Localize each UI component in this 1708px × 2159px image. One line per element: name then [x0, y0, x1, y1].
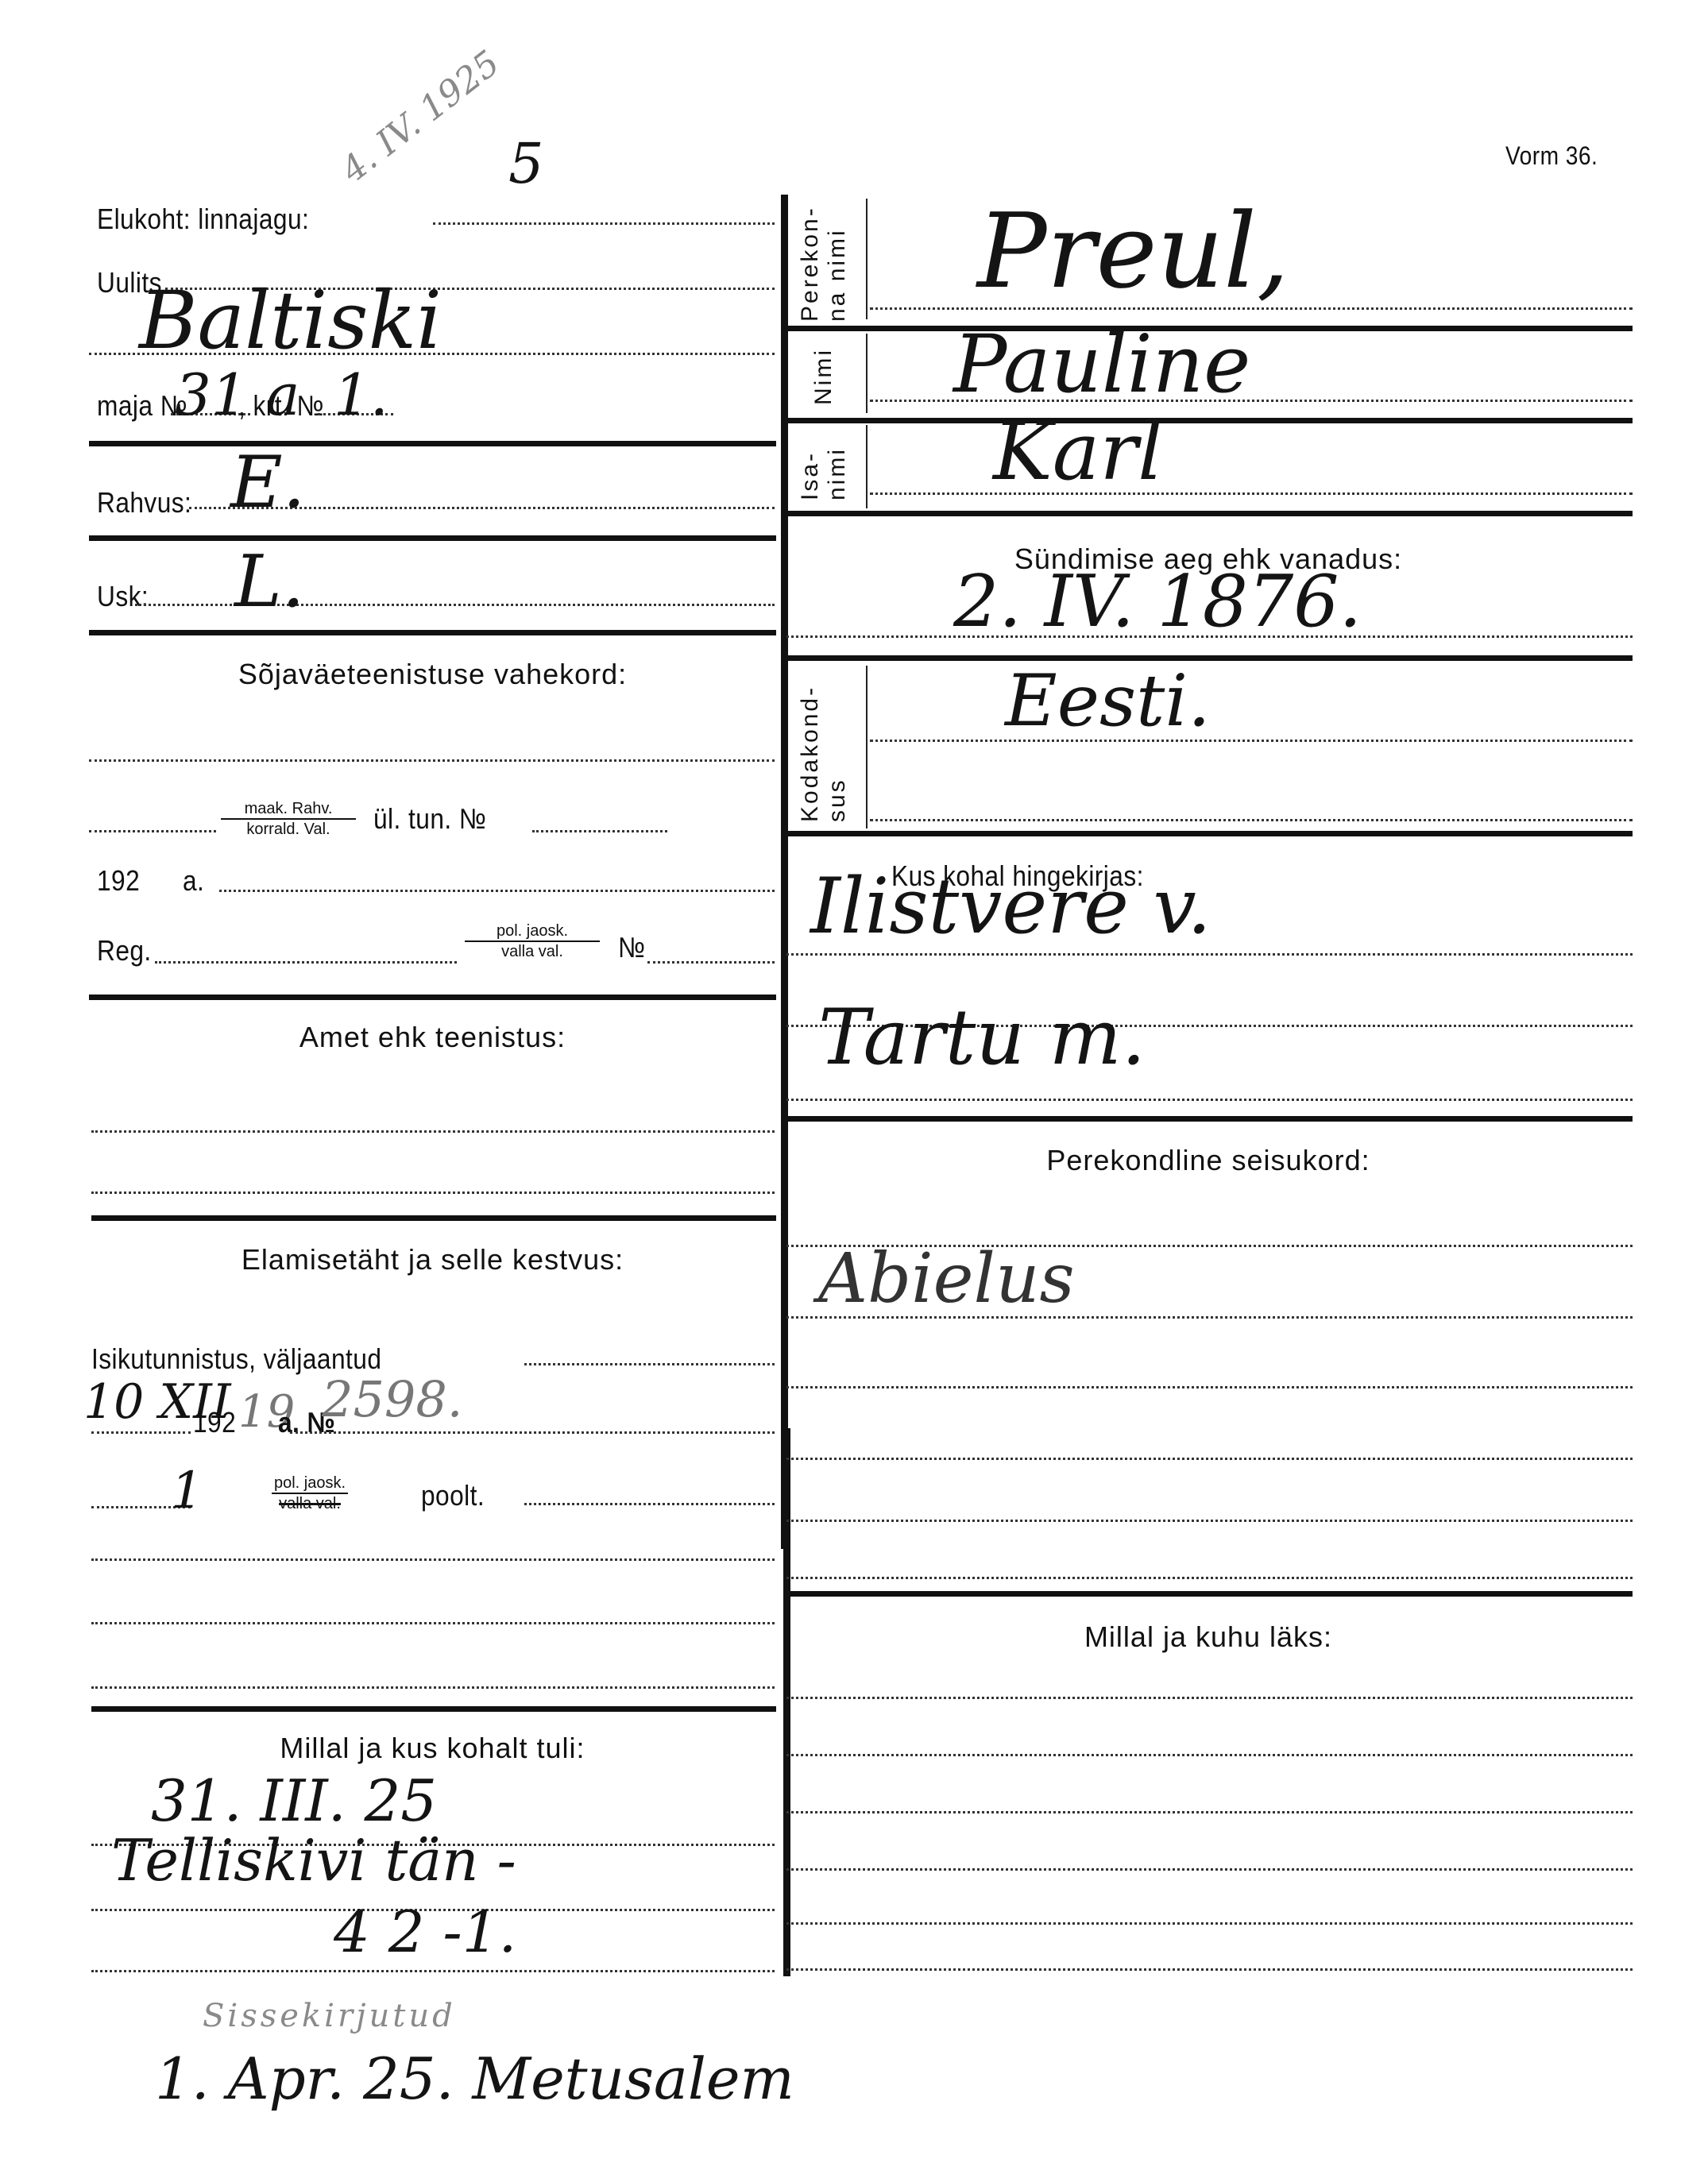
- arrival-title: Millal ja kus kohalt tuli:: [89, 1732, 776, 1765]
- surname-value: Preul,: [977, 191, 1289, 311]
- id-number-line[interactable]: [290, 1431, 775, 1434]
- divider: [89, 995, 776, 1000]
- permit-line-2[interactable]: [91, 1622, 775, 1624]
- label-divider: [866, 666, 868, 828]
- marital-line-6[interactable]: [786, 1577, 1633, 1579]
- military-line-3[interactable]: [219, 890, 775, 892]
- citizenship-label: Kodakond- sus: [797, 686, 851, 822]
- departure-line-1[interactable]: [786, 1697, 1633, 1699]
- departure-title: Millal ja kuhu läks:: [784, 1620, 1633, 1654]
- issuer-line[interactable]: [524, 1503, 775, 1505]
- parish-value: Ilistvere v.: [810, 862, 1211, 951]
- reg-line[interactable]: [155, 961, 457, 964]
- fraction-bottom-struck: valla val.: [272, 1494, 348, 1513]
- fraction-county: maak. Rahv. korrald. Val.: [221, 799, 356, 839]
- father-name-label: Isa- nimi: [797, 447, 851, 500]
- district-value: 1: [171, 1462, 203, 1520]
- house-label: maja №: [97, 389, 187, 423]
- departure-line-5[interactable]: [786, 1922, 1633, 1925]
- divider: [784, 1116, 1633, 1122]
- nationality-value: E.: [230, 441, 305, 524]
- year-prefix: 192: [97, 864, 140, 898]
- marital-status-title: Perekondline seisukord:: [784, 1144, 1633, 1177]
- father-name-line[interactable]: [870, 492, 1633, 495]
- departure-line-3[interactable]: [786, 1811, 1633, 1813]
- divider: [89, 535, 776, 541]
- occupation-line-2[interactable]: [91, 1192, 775, 1194]
- military-line-2b[interactable]: [532, 830, 667, 832]
- fraction-bottom: korrald. Val.: [221, 820, 356, 839]
- birth-line[interactable]: [786, 635, 1633, 638]
- number-label: №: [618, 931, 645, 964]
- residence-permit-title: Elamisetäht ja selle kestvus:: [89, 1243, 776, 1276]
- citizenship-line-1[interactable]: [870, 740, 1633, 742]
- occupation-line-1[interactable]: [91, 1130, 775, 1133]
- label-divider: [866, 334, 868, 413]
- year-suffix: a.: [183, 864, 204, 898]
- marital-line-3[interactable]: [786, 1386, 1633, 1388]
- label-divider: [866, 425, 868, 508]
- divider: [89, 441, 776, 446]
- first-name-value: Pauline: [953, 318, 1250, 411]
- permit-line-3[interactable]: [91, 1686, 775, 1689]
- fraction-issuer: pol. jaosk. valla val.: [272, 1473, 348, 1513]
- divider: [91, 1215, 776, 1221]
- father-name-label-line1: Isa-: [797, 447, 824, 500]
- citizenship-label-line2: sus: [824, 686, 851, 822]
- surname-label-line1: Perekon-: [797, 206, 824, 322]
- apartment-value: 1.: [334, 361, 388, 428]
- permit-line-1[interactable]: [91, 1558, 775, 1561]
- parish-line-1[interactable]: [786, 953, 1633, 956]
- arrival-date: 31. III. 25: [151, 1767, 437, 1834]
- divider: [91, 1706, 776, 1712]
- birth-value: 2. IV. 1876.: [953, 560, 1362, 643]
- arrival-house: 4 2 -1.: [334, 1898, 516, 1965]
- marital-line-4[interactable]: [786, 1458, 1633, 1460]
- issued-by-label: poolt.: [421, 1479, 485, 1512]
- fraction-bottom: valla val.: [465, 942, 600, 961]
- first-name-label: Nimi: [810, 348, 837, 405]
- citizenship-line-2[interactable]: [870, 819, 1633, 821]
- divider: [89, 630, 776, 635]
- label-divider: [866, 199, 868, 319]
- fraction-top: pol. jaosk.: [272, 1473, 348, 1494]
- street-line-2[interactable]: [89, 353, 775, 355]
- military-title: Sõjaväeteenistuse vahekord:: [89, 658, 776, 691]
- center-divider-lower: [783, 1428, 790, 1976]
- occupation-title: Amet ehk teenistus:: [89, 1021, 776, 1054]
- reg-label: Reg.: [97, 934, 152, 967]
- fraction-police: pol. jaosk. valla val.: [465, 921, 600, 961]
- nationality-label: Rahvus:: [97, 486, 191, 519]
- fraction-top: pol. jaosk.: [465, 921, 600, 942]
- father-name-value: Karl: [993, 405, 1163, 498]
- footer-stamp: Sissekirjutud: [203, 1998, 456, 2034]
- stamp-number: 5: [508, 131, 544, 196]
- apartment-label: , krt. №: [238, 389, 324, 423]
- fraction-top: maak. Rahv.: [221, 799, 356, 820]
- departure-line-2[interactable]: [786, 1754, 1633, 1756]
- divider: [784, 511, 1633, 516]
- arrival-place: Telliskivi tän -: [111, 1827, 516, 1894]
- religion-line[interactable]: [135, 604, 775, 606]
- citizenship-value: Eesti.: [1005, 659, 1211, 743]
- parish-line-3[interactable]: [786, 1099, 1633, 1101]
- center-divider: [781, 195, 788, 1549]
- number-line[interactable]: [647, 961, 775, 964]
- registration-stamp: 4. IV. 1925: [334, 43, 507, 191]
- conscription-label: ül. tun. №: [373, 802, 486, 836]
- arrival-line-3[interactable]: [91, 1970, 775, 1972]
- marital-line-5[interactable]: [786, 1520, 1633, 1522]
- id-number-value: 2598.: [322, 1370, 463, 1428]
- surname-label: Perekon- na nimi: [797, 206, 851, 322]
- father-name-label-line2: nimi: [824, 447, 851, 500]
- residence-label: Elukoht: linnajagu:: [97, 203, 309, 236]
- divider: [784, 1591, 1633, 1597]
- form-number: Vorm 36.: [1505, 141, 1598, 171]
- id-issued-line[interactable]: [524, 1363, 775, 1365]
- id-date-line[interactable]: [91, 1431, 191, 1434]
- departure-line-4[interactable]: [786, 1868, 1633, 1871]
- military-line-2a[interactable]: [89, 830, 216, 832]
- religion-value: L.: [234, 540, 304, 624]
- military-line-1[interactable]: [89, 759, 775, 762]
- divider: [784, 831, 1633, 836]
- marital-line-2[interactable]: [786, 1316, 1633, 1319]
- marital-status-value: Abielus: [818, 1239, 1075, 1319]
- county-value: Tartu m.: [818, 993, 1146, 1082]
- footer-signature-note: 1. Apr. 25. Metusalem: [155, 2045, 794, 2112]
- divider: [784, 418, 1633, 423]
- citizenship-label-line1: Kodakond-: [797, 686, 824, 822]
- departure-line-6[interactable]: [786, 1968, 1633, 1971]
- religion-label: Usk:: [97, 580, 149, 613]
- district-line[interactable]: [433, 222, 775, 225]
- surname-label-line2: na nimi: [824, 206, 851, 322]
- id-year-printed: 192: [193, 1406, 236, 1439]
